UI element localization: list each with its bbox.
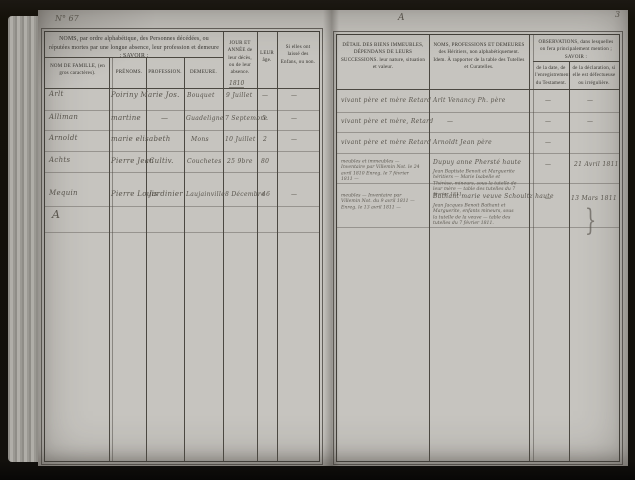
cell-date: 10 Juillet: [225, 136, 256, 143]
section-letter: A: [52, 208, 60, 221]
cell-enfans: —: [291, 191, 297, 198]
register-number: N° 67: [55, 14, 79, 23]
cell-age: 46: [262, 191, 270, 198]
column-rule: [146, 57, 147, 461]
cell-date: 8 Décembre: [225, 191, 265, 198]
folio-number: 3: [615, 10, 620, 19]
left-table: NOMS, par ordre alphabétique, des Person…: [44, 31, 320, 462]
cell-enfans: —: [291, 115, 297, 122]
cell-biens: meubles — Inventaire par Villemin Not. d…: [341, 193, 420, 210]
cell-heritiers: —: [447, 118, 453, 125]
cell-obs-date: —: [545, 161, 551, 168]
row-rule: [337, 112, 619, 113]
column-header-obs-declaration: de la déclaration, si elle est défectueu…: [572, 65, 616, 87]
column-rule: [257, 32, 258, 461]
cell-biens: vivant père et mère Retard: [341, 139, 431, 146]
row-rule: [337, 227, 619, 228]
cell-age: 5.: [262, 115, 268, 122]
cell-profession: Cultiv.: [149, 157, 174, 165]
section-letter-top: A: [398, 13, 405, 23]
cell-demeure: Guadeligne: [186, 115, 224, 122]
pen-flourish-brace: }: [585, 203, 596, 238]
cell-heritiers-note: Jean Jacques Benoit Bathant et Marguerit…: [433, 203, 518, 226]
cell-family: Arlt: [49, 90, 64, 98]
cell-enfans: —: [291, 92, 297, 99]
cell-family: Mequin: [49, 189, 78, 197]
cell-age: 2: [263, 136, 267, 143]
cell-obs-declaration: —: [587, 97, 593, 104]
cell-obs-date: —: [545, 97, 551, 104]
column-header-date: JOUR ET ANNÉE de leur décès, ou de leur …: [225, 40, 255, 76]
cell-heritiers: Bathant marie veuve Schoultz haute: [433, 193, 554, 200]
cell-age: 80: [261, 158, 269, 165]
cell-prenoms: Poiriny Marie Jos.: [111, 91, 180, 99]
cell-obs-date: —: [545, 195, 551, 202]
row-rule: [45, 206, 319, 207]
column-header-profession: PROFESSION.: [148, 69, 182, 76]
column-header-family: NOM DE FAMILLE, (en gros caractères).: [48, 63, 107, 78]
cell-demeure: Bouquet: [187, 92, 215, 99]
column-header-obs-date: de la date, de l'enregistrement du Testa…: [535, 65, 567, 87]
cell-family: Alliman: [49, 113, 78, 121]
row-rule: [45, 151, 319, 152]
column-header-age: LEUR âge.: [258, 50, 276, 65]
cell-obs-date: —: [545, 118, 551, 125]
column-header-prenoms: PRÉNOMS.: [114, 69, 144, 76]
column-header-enfans: Si elles ont laissé des Enfans, ou non.: [279, 44, 317, 66]
cell-heritiers: Arlt Venancy Ph. père: [433, 97, 506, 104]
cell-family: Achts: [49, 156, 70, 164]
column-rule-double: [533, 35, 534, 461]
cell-biens: vivant père et mère Retard: [341, 97, 431, 104]
column-rule: [529, 35, 530, 461]
column-rule: [184, 57, 185, 461]
row-rule: [45, 110, 319, 111]
cell-demeure: Mons: [191, 136, 209, 143]
cell-prenoms: marie elisabeth: [111, 135, 171, 143]
book-page-edges: [8, 16, 42, 462]
cell-profession: —: [161, 114, 168, 122]
cell-obs-date: —: [545, 139, 551, 146]
cell-obs-declaration: 13 Mars 1811: [571, 195, 617, 202]
header-bottom-rule: [45, 88, 319, 89]
cell-family: Arnoldt: [49, 134, 78, 142]
column-rule: [223, 32, 224, 461]
column-rule: [109, 57, 110, 461]
cell-prenoms: martine: [111, 114, 141, 122]
left-table-title: NOMS, par ordre alphabétique, des Person…: [49, 35, 219, 61]
cell-date: 9 Juillet: [226, 92, 252, 99]
page-spread: N° 67 A 3 NOMS, par ordre alphabétique,: [38, 10, 628, 466]
cell-enfans: —: [291, 136, 297, 143]
column-header-biens: DÉTAIL DES BIENS IMMEUBLES, DÉPENDANS DE…: [340, 42, 426, 71]
column-rule: [277, 32, 278, 461]
cell-biens: meubles et immeubles — Inventaire par Vi…: [341, 159, 420, 182]
header-bottom-rule: [337, 89, 619, 90]
cell-demeure: Couchetes: [187, 158, 222, 165]
scanned-register-photo: N° 67 A 3 NOMS, par ordre alphabétique,: [0, 0, 635, 480]
column-header-demeure: DEMEURE.: [186, 69, 221, 76]
column-header-heritiers: NOMS, PROFESSIONS ET DEMEURES des Hériti…: [432, 42, 526, 71]
cell-demeure: Laujainville: [186, 191, 225, 198]
cell-profession: Jardinier: [149, 190, 183, 198]
year-heading: 1810: [229, 80, 244, 88]
cell-biens: vivant père et mère, Retard: [341, 118, 433, 125]
row-rule: [45, 232, 319, 233]
cell-obs-declaration: 21 Avril 1811: [574, 161, 619, 168]
cell-prenoms: Pierre Jean: [111, 157, 154, 165]
cell-heritiers: Dupuy anne Phersté haute: [433, 159, 521, 166]
row-rule: [337, 153, 619, 154]
row-rule: [45, 130, 319, 131]
column-rule: [569, 61, 570, 461]
observations-underline: [533, 61, 619, 62]
row-rule: [337, 132, 619, 133]
right-table: DÉTAIL DES BIENS IMMEUBLES, DÉPENDANS DE…: [336, 34, 620, 462]
cell-age: —: [262, 92, 268, 99]
cell-date: 25 9bre: [227, 158, 253, 165]
cell-obs-declaration: —: [587, 118, 593, 125]
observations-title: OBSERVATIONS, dans lesquelles on fera pr…: [536, 39, 616, 61]
cell-heritiers: Arnoldt Jean père: [433, 139, 492, 146]
row-rule: [45, 172, 319, 173]
